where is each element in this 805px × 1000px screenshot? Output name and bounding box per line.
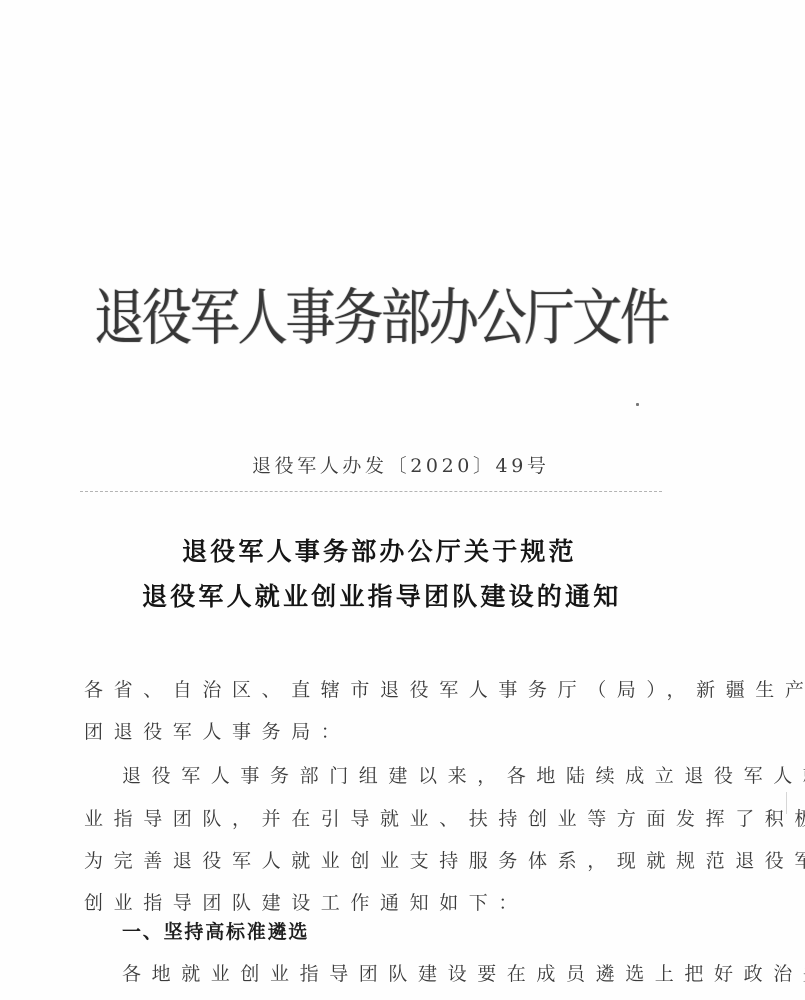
intro-paragraph-line-3: 为完善退役军人就业创业支持服务体系，现就规范退役军人就业 [84,847,805,875]
intro-paragraph-line-2: 业指导团队，并在引导就业、扶持创业等方面发挥了积极作用。 [84,805,805,833]
section-1-body-line-1: 各地就业创业指导团队建设要在成员遴选上把好政治关、严 [122,960,805,988]
intro-paragraph-line-4: 创业指导团队建设工作通知如下： [84,889,528,917]
document-page: 退役军人事务部办公厅文件 退役军人办发〔2020〕49号 退役军人事务部办公厅关… [0,0,805,1000]
addressee-line-1: 各省、自治区、直辖市退役军人事务厅（局），新疆生产建设兵 [84,676,805,704]
section-heading-1: 一、坚持高标准遴选 [122,918,309,946]
intro-paragraph-line-1: 退役军人事务部门组建以来，各地陆续成立退役军人就业创 [122,762,805,790]
document-title-line-1: 退役军人事务部办公厅关于规范 [182,535,577,569]
document-number: 退役军人办发〔2020〕49号 [252,452,550,480]
addressee-line-2: 团退役军人事务局： [84,718,350,746]
document-title-line-2: 退役军人就业创业指导团队建设的通知 [142,580,621,614]
scan-margin-mark [786,792,787,814]
header-divider [80,491,662,492]
issuer-header: 退役军人事务部办公厅文件 [94,270,666,365]
scan-speck [636,403,639,406]
